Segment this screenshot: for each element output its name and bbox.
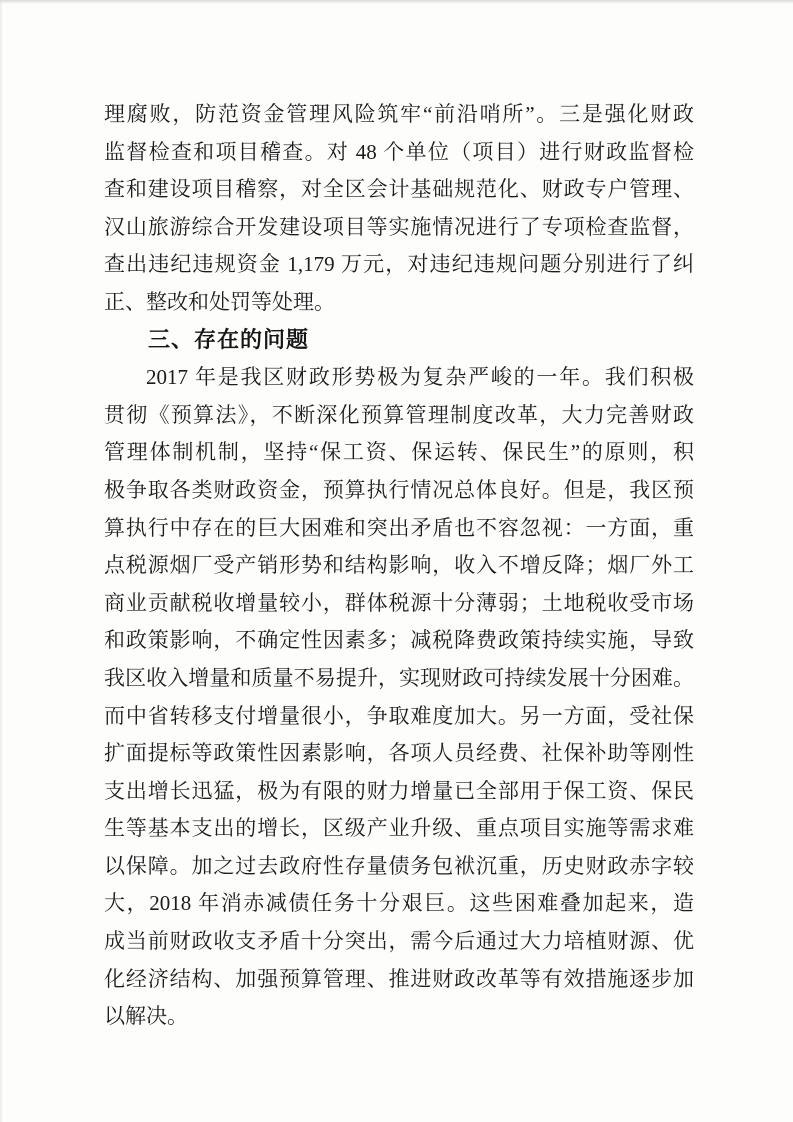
body-text-line: 管理体制机制，坚持“保工资、保运转、保民生”的原则，积 (104, 434, 694, 472)
body-text-line: 支出增长迅猛，极为有限的财力增量已全部用于保工资、保民 (104, 773, 694, 811)
body-text-line: 查出违纪违规资金 1,179 万元，对违纪违规问题分别进行了纠 (104, 246, 694, 284)
body-text-line: 点税源烟厂受产销形势和结构影响，收入不增反降；烟厂外工 (104, 547, 694, 585)
body-text-line: 成当前财政收支矛盾十分突出，需今后通过大力培植财源、优 (104, 923, 694, 961)
scan-edge-left-artifact (0, 0, 3, 1122)
body-text-line: 而中省转移支付增量很小，争取难度加大。另一方面，受社保 (104, 698, 694, 736)
section-heading: 三、存在的问题 (104, 322, 694, 360)
body-text-line: 汉山旅游综合开发建设项目等实施情况进行了专项检查监督， (104, 209, 694, 247)
body-text-line: 理腐败，防范资金管理风险筑牢“前沿哨所”。三是强化财政 (104, 96, 694, 134)
body-text-line: 以解决。 (104, 998, 694, 1036)
document-page: 理腐败，防范资金管理风险筑牢“前沿哨所”。三是强化财政 监督检查和项目稽查。对 … (0, 0, 793, 1122)
body-text-line: 查和建设项目稽察，对全区会计基础规范化、财政专户管理、 (104, 171, 694, 209)
body-text-line: 贯彻《预算法》，不断深化预算管理制度改革，大力完善财政 (104, 397, 694, 435)
body-text-line: 大，2018 年消赤减债任务十分艰巨。这些困难叠加起来，造 (104, 885, 694, 923)
body-text-line: 监督检查和项目稽查。对 48 个单位（项目）进行财政监督检 (104, 134, 694, 172)
body-text-line: 极争取各类财政资金，预算执行情况总体良好。但是，我区预 (104, 472, 694, 510)
body-text-line: 以保障。加之过去政府性存量债务包袱沉重，历史财政赤字较 (104, 848, 694, 886)
document-text-block: 理腐败，防范资金管理风险筑牢“前沿哨所”。三是强化财政 监督检查和项目稽查。对 … (104, 96, 694, 1036)
body-text-line: 化经济结构、加强预算管理、推进财政改革等有效措施逐步加 (104, 961, 694, 999)
body-text-line: 我区收入增量和质量不易提升，实现财政可持续发展十分困难。 (104, 660, 694, 698)
body-text-line: 2017 年是我区财政形势极为复杂严峻的一年。我们积极 (104, 359, 694, 397)
scan-edge-top-artifact (0, 0, 793, 4)
body-text-line: 生等基本支出的增长，区级产业升级、重点项目实施等需求难 (104, 810, 694, 848)
body-text-line: 和政策影响，不确定性因素多；减税降费政策持续实施，导致 (104, 622, 694, 660)
body-text-line: 扩面提标等政策性因素影响，各项人员经费、社保补助等刚性 (104, 735, 694, 773)
body-text-line: 商业贡献税收增量较小，群体税源十分薄弱；土地税收受市场 (104, 585, 694, 623)
body-text-line: 算执行中存在的巨大困难和突出矛盾也不容忽视：一方面，重 (104, 510, 694, 548)
body-text-line: 正、整改和处罚等处理。 (104, 284, 694, 322)
